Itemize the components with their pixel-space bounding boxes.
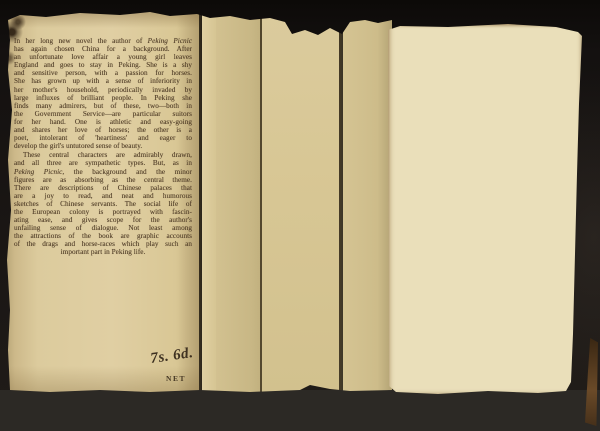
blurb-line: has again chosen China for a background.… xyxy=(14,45,192,53)
blurb-line: figures are as absorbing as the central … xyxy=(14,176,192,184)
photo-of-open-book-jacket: In her long new novel the author of Peki… xyxy=(0,0,600,431)
table-surface xyxy=(0,390,600,431)
jacket-front-flap: In her long new novel the author of Peki… xyxy=(6,10,199,396)
blurb-line: There are descriptions of Chinese palace… xyxy=(14,184,192,192)
jacket-fold-panel xyxy=(262,10,339,396)
blurb-line: Peking Picnic, the background and the mi… xyxy=(14,168,192,176)
blurb-line: sketches of Chinese servants. The social… xyxy=(14,200,192,208)
blurb-line: are a joy to read, and neat and humorous xyxy=(14,192,192,200)
jacket-fold-panel xyxy=(216,10,260,396)
blurb-line: for her hand. One is athletic and easy-g… xyxy=(14,118,192,126)
price-net-label: NET xyxy=(156,374,196,383)
jacket-fold-panel xyxy=(343,10,392,396)
blurb-paragraph-1: In her long new novel the author of Peki… xyxy=(14,37,192,150)
blank-book-page xyxy=(388,24,584,398)
blurb-text: In her long new novel the author of Peki… xyxy=(14,37,192,257)
blurb-line: finds many admirers, but of these, two—b… xyxy=(14,102,192,110)
blurb-line: the European colony is portrayed with fa… xyxy=(14,208,192,216)
blurb-line: develop the girl's untutored sense of be… xyxy=(14,142,192,150)
blurb-line: her mother's household, periodically inv… xyxy=(14,86,192,94)
blurb-line: and all three are sympathetic types. But… xyxy=(14,159,192,167)
price: 7s. 6d. xyxy=(141,344,203,369)
blurb-line: ating ease, and gives scope for the auth… xyxy=(14,216,192,224)
blurb-line: She has grown up with a sense of inferio… xyxy=(14,77,192,85)
blurb-line: important part in Peking life. xyxy=(14,248,192,256)
blurb-line: and shares her love of horses; the other… xyxy=(14,126,192,134)
blurb-line: large influxes of brilliant people. In P… xyxy=(14,94,192,102)
blurb-line: poet, intolerant of 'heartiness' and eag… xyxy=(14,134,192,142)
blurb-paragraph-2: These central characters are admirably d… xyxy=(14,151,192,256)
dust-jacket: In her long new novel the author of Peki… xyxy=(6,10,392,396)
blurb-line: the Government Service—are particular su… xyxy=(14,110,192,118)
jacket-fold-panel xyxy=(202,10,216,396)
blurb-line: In her long new novel the author of Peki… xyxy=(14,37,192,45)
